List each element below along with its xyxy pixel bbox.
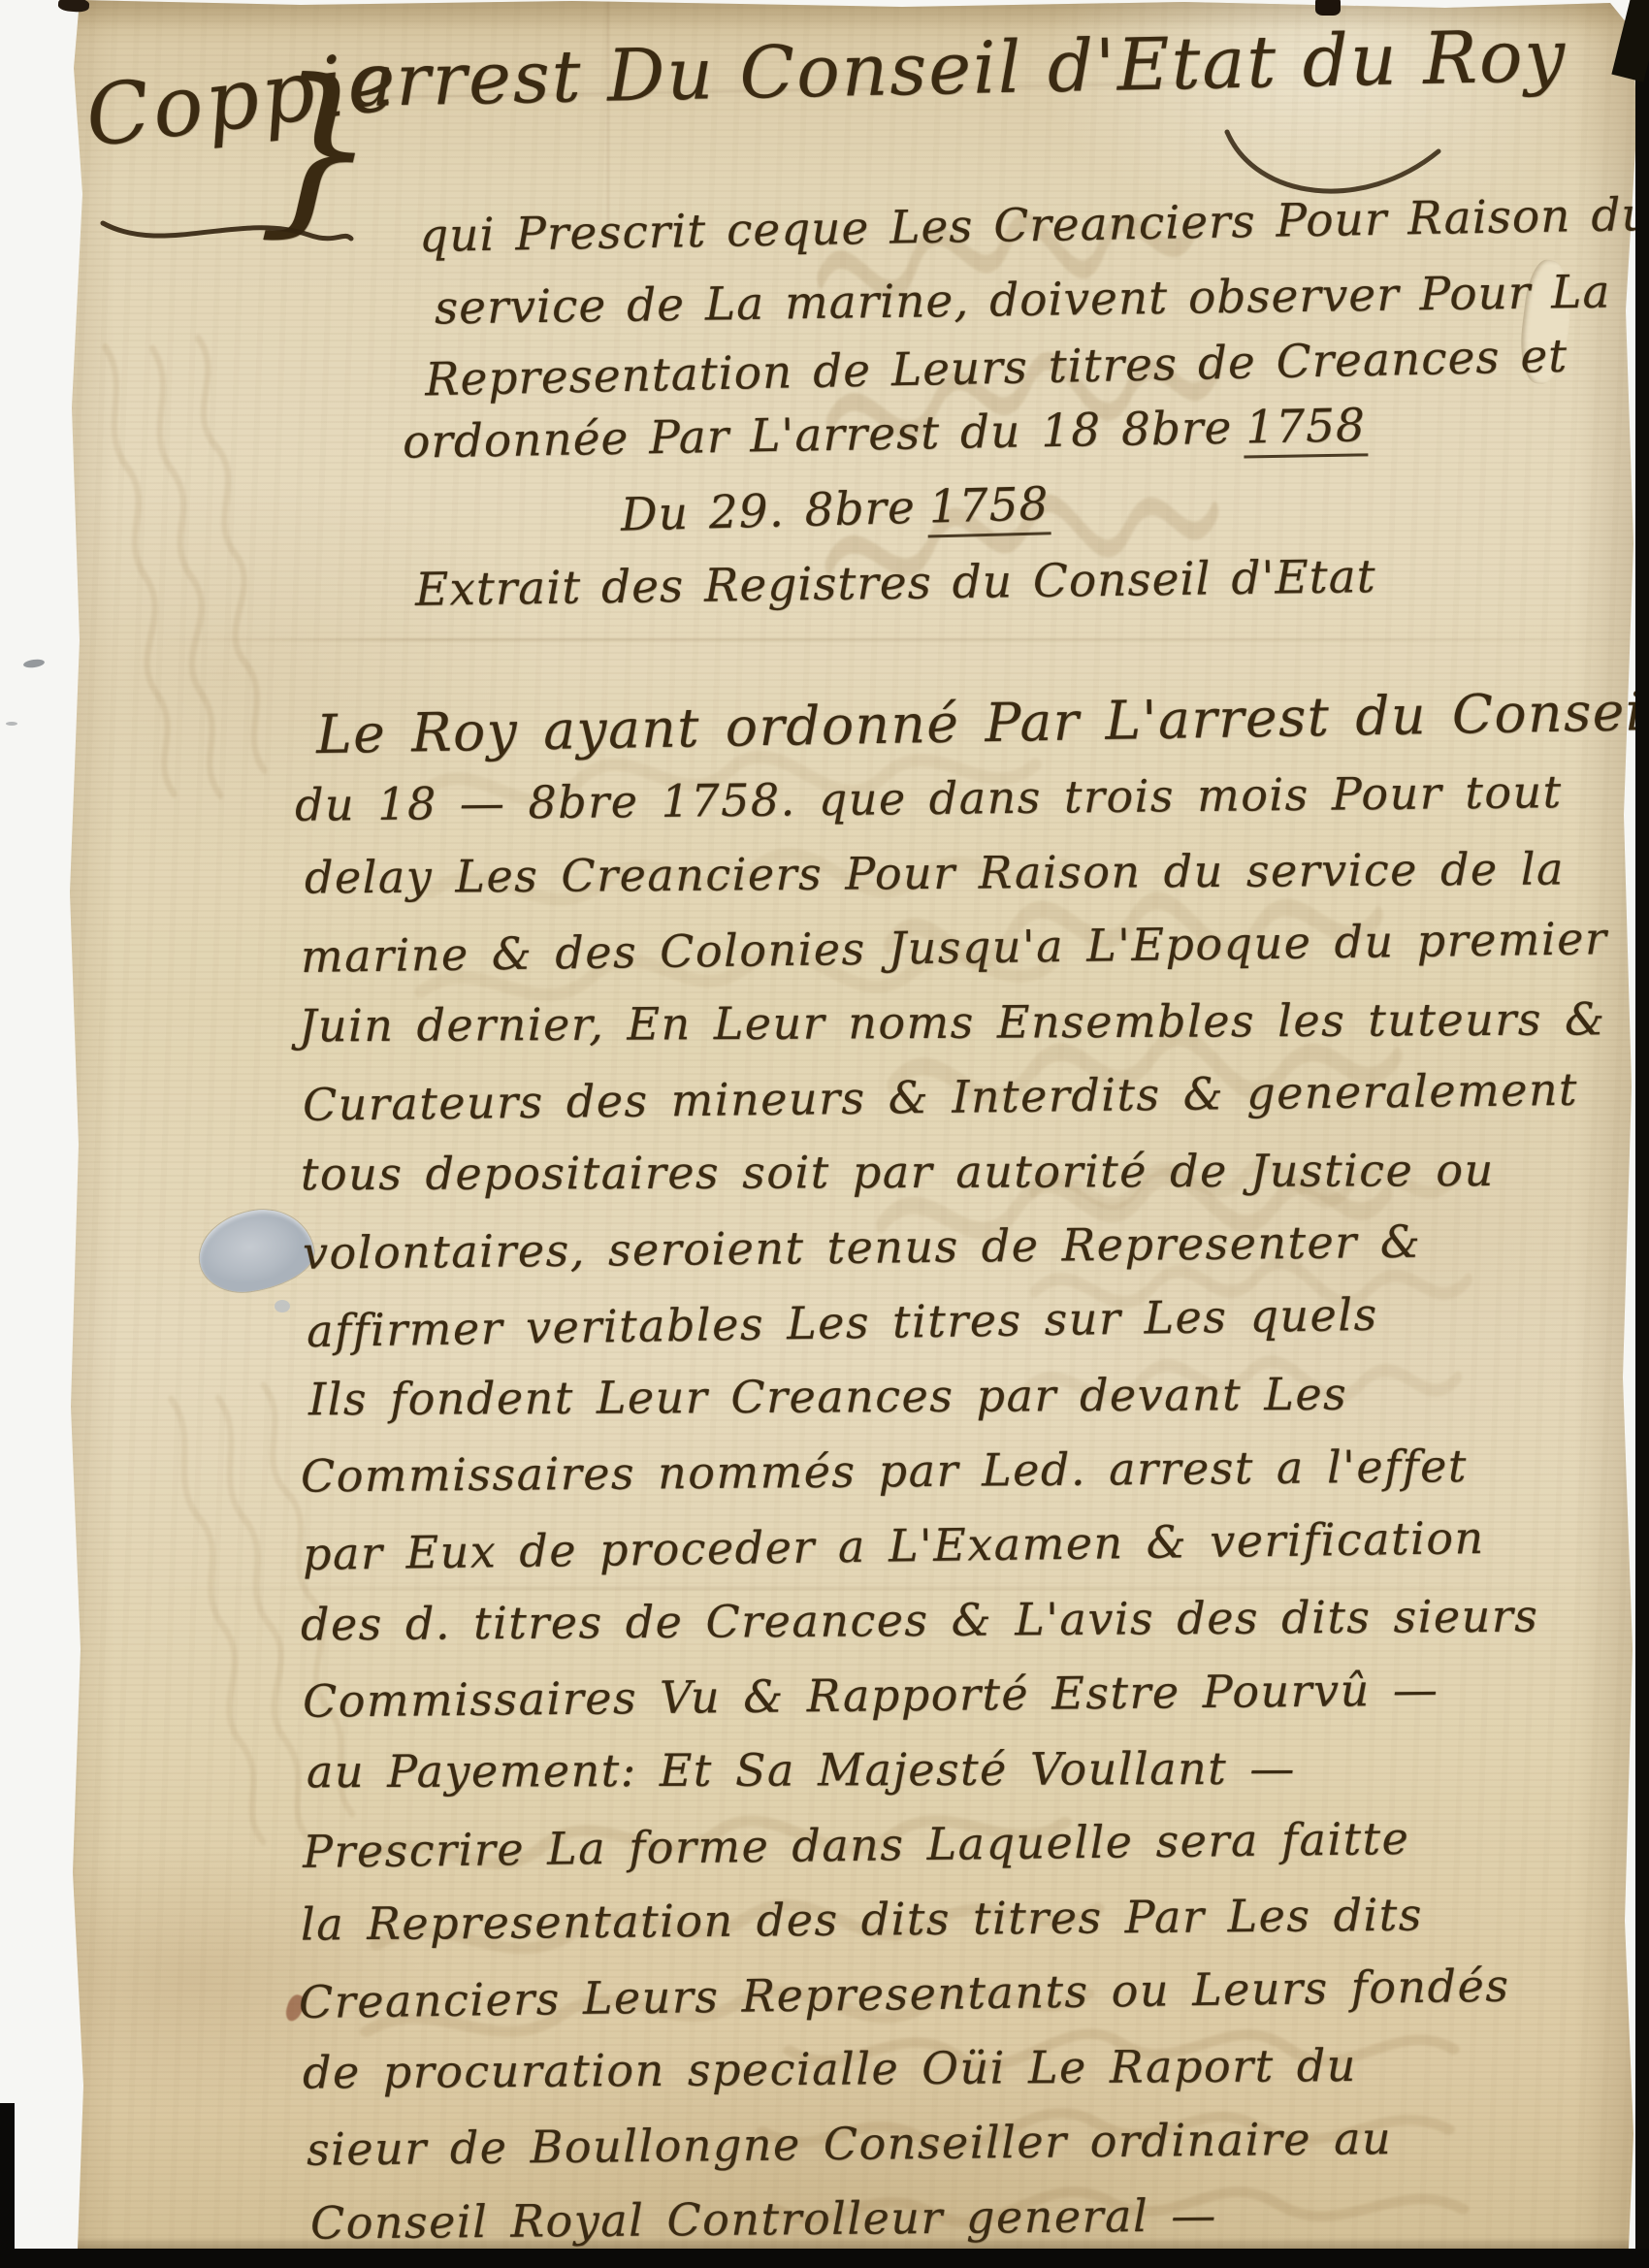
- underlined-year: 1758: [926, 479, 1051, 537]
- scanner-speck: [6, 722, 17, 726]
- paper-crease: [155, 638, 1649, 641]
- date-line: Du 29. 8bre1758: [620, 477, 1051, 545]
- body-line: Creanciers Leurs Representants ou Leurs …: [299, 1948, 1553, 2040]
- date-text: Du 29. 8bre: [620, 481, 916, 542]
- scanner-speck: [23, 659, 46, 669]
- body-line: tous depositaires soit par autorité de J…: [301, 1133, 1552, 1213]
- scanned-manuscript-page: Coppie } arrest Du Conseil d'Etat du Roy…: [0, 0, 1649, 2268]
- body-line: par Eux de proceder a L'Examen & verific…: [303, 1500, 1553, 1592]
- body-line: au Payement: Et Sa Majesté Voullant —: [307, 1731, 1552, 1809]
- scanner-black-strip-bottom: [0, 2249, 1649, 2268]
- body-line: des d. titres de Creances & L'avis des d…: [301, 1578, 1553, 1662]
- top-edge-mark: [58, 0, 90, 13]
- body-line: sieur de Boullongne Conseiller ordinaire…: [307, 2099, 1553, 2187]
- top-edge-mark: [1315, 0, 1341, 16]
- paper-correction-dot: [275, 1300, 290, 1312]
- body-line: delay Les Creanciers Pour Raison du serv…: [305, 832, 1553, 916]
- body-line: Curateurs des mineurs & Interdits & gene…: [303, 1053, 1553, 1143]
- body-line: marine & des Colonies Jusqu'a L'Epoque d…: [301, 902, 1553, 994]
- body-line: du 18 — 8bre 1758. que dans trois mois P…: [295, 755, 1553, 843]
- body-line: Ils fondent Leur Creances par devant Les: [308, 1356, 1552, 1438]
- scanner-black-sliver-left: [0, 2103, 15, 2268]
- body-line: la Representation des dits titres Par Le…: [301, 1876, 1553, 1961]
- body-line: Commissaires nommés par Led. arrest a l'…: [301, 1428, 1553, 1513]
- scanner-black-edge-right: [1635, 23, 1649, 2268]
- underlined-year: 1758: [1244, 401, 1369, 458]
- body-line: Juin dernier, En Leur noms Ensembles les…: [299, 983, 1552, 1064]
- body-line: de procuration specialle Oüi Le Raport d…: [303, 2027, 1553, 2111]
- body-line: Prescrire La forme dans Laquelle sera fa…: [303, 1799, 1553, 1890]
- body-line: Commissaires Vu & Rapporté Estre Pourvû …: [303, 1651, 1553, 1738]
- body-text: Le Roy ayant ordonné Par L'arrest du Con…: [291, 687, 1552, 2255]
